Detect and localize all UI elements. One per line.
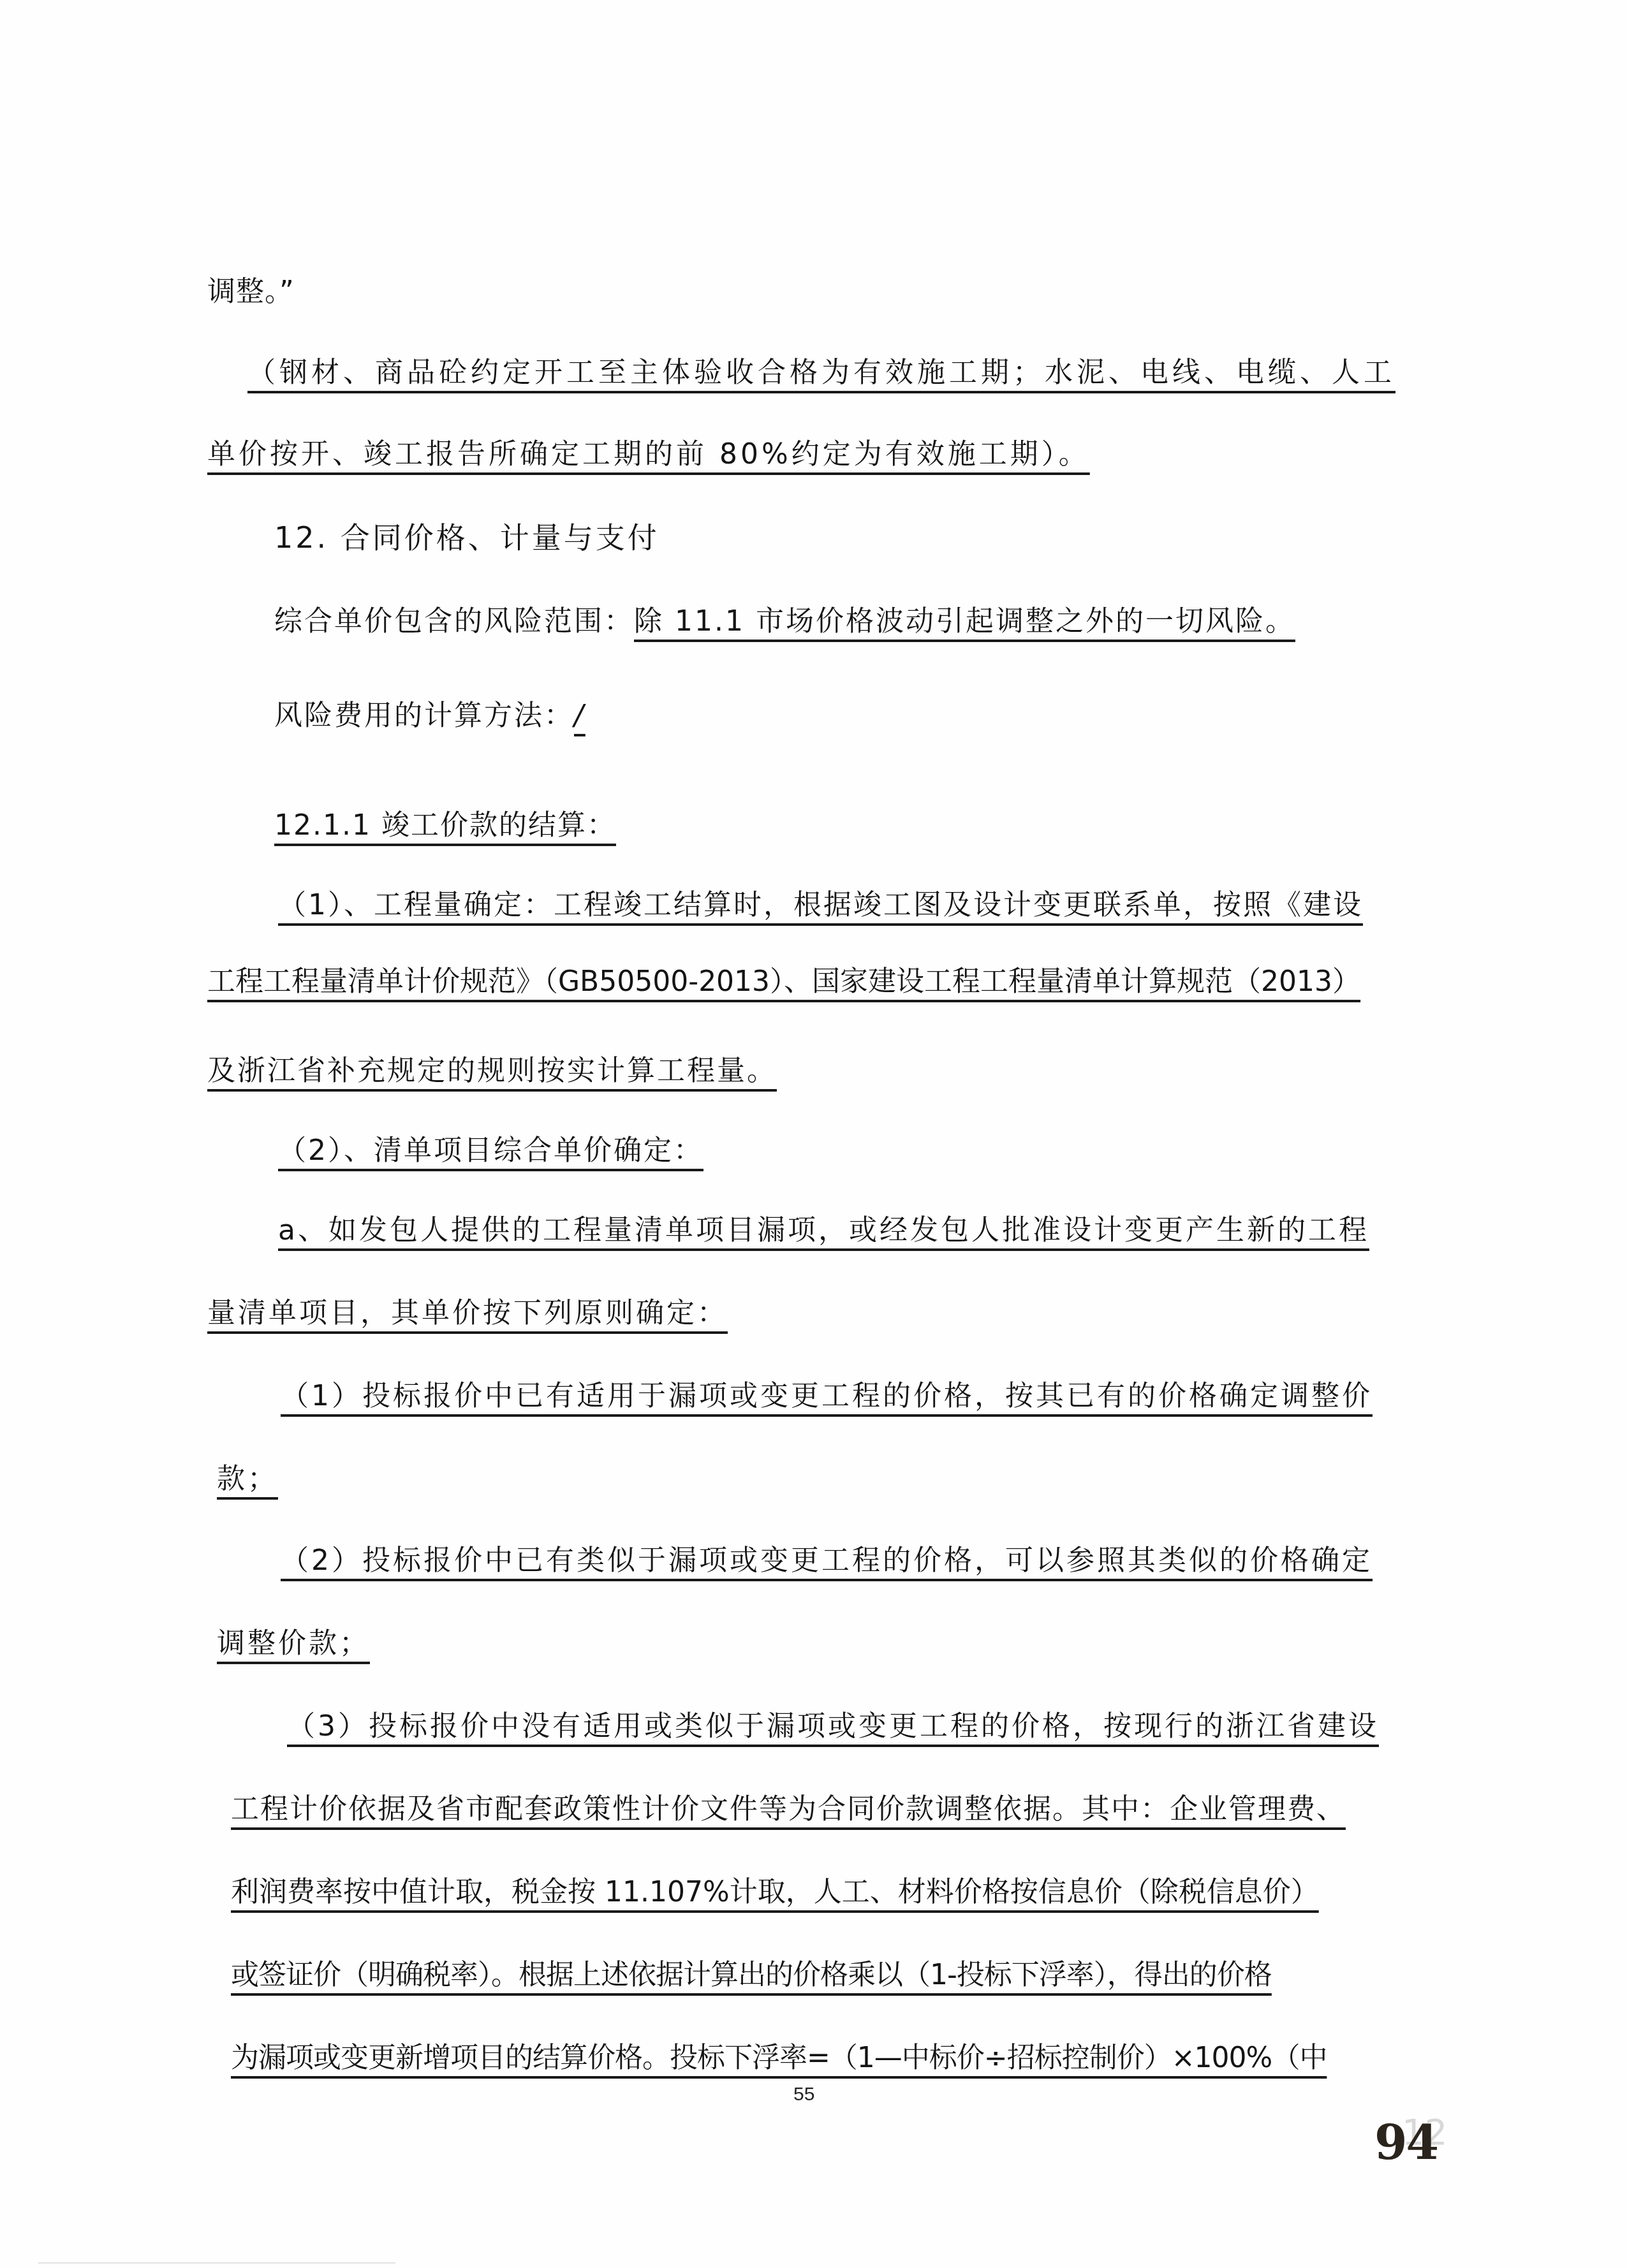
risk-scope-value: 除 11.1 市场价格波动引起调整之外的一切风险。 — [634, 605, 1295, 638]
rule3-line-2: 工程计价依据及省市配套政策性计价文件等为合同价款调整依据。其中：企业管理费、 — [231, 1790, 1346, 1829]
item1-line-2: 工程工程量清单计价规范》（GB50500-2013）、国家建设工程工程量清单计算… — [207, 963, 1360, 1001]
item1-line-1: （1）、工程量确定：工程竣工结算时，根据竣工图及设计变更联系单，按照《建设 — [278, 886, 1363, 925]
text-line-effective-period-2: 单价按开、竣工报告所确定工期的前 80%约定为有效施工期）。 — [207, 435, 1090, 474]
risk-fee-line: 风险费用的计算方法：/ — [274, 697, 585, 735]
scan-edge-line — [38, 2262, 395, 2264]
page-number: 55 — [793, 2084, 814, 2105]
subsection-12-1-1: 12.1.1 竣工价款的结算： — [274, 807, 616, 845]
rule2-line-1: （2）投标报价中已有类似于漏项或变更工程的价格，可以参照其类似的价格确定 — [281, 1542, 1373, 1580]
item1-line-3: 及浙江省补充规定的规则按实计算工程量。 — [207, 1052, 777, 1090]
stamp-page-number: 94 — [1374, 2116, 1438, 2170]
text-line-continuation: 调整。” — [207, 273, 295, 311]
rule2-line-2: 调整价款； — [217, 1625, 370, 1663]
text-line-effective-period-1: （钢材、商品砼约定开工至主体验收合格为有效施工期；水泥、电线、电缆、人工 — [247, 354, 1395, 392]
rule3-line-3: 利润费率按中值计取，税金按 11.107%计取，人工、材料价格按信息价（除税信息… — [231, 1873, 1319, 1912]
risk-fee-label: 风险费用的计算方法： — [274, 699, 574, 732]
rule3-line-1: （3）投标报价中没有适用或类似于漏项或变更工程的价格，按现行的浙江省建设 — [287, 1708, 1379, 1746]
item2-heading: （2）、清单项目综合单价确定： — [278, 1132, 703, 1170]
risk-fee-value: / — [574, 699, 585, 732]
item2a-line-1: a、如发包人提供的工程量清单项目漏项，或经发包人批准设计变更产生新的工程 — [278, 1211, 1369, 1250]
rule3-line-5: 为漏项或变更新增项目的结算价格。投标下浮率=（1—中标价÷招标控制价）×100%… — [231, 2039, 1327, 2077]
rule1-line-2: 款； — [217, 1460, 278, 1498]
document-page: 调整。” （钢材、商品砼约定开工至主体验收合格为有效施工期；水泥、电线、电缆、人… — [0, 0, 1627, 2268]
item2a-line-2: 量清单项目，其单价按下列原则确定： — [207, 1294, 728, 1333]
risk-scope-line: 综合单价包含的风险范围：除 11.1 市场价格波动引起调整之外的一切风险。 — [274, 603, 1295, 641]
section-heading-12: 12. 合同价格、计量与支付 — [274, 518, 659, 557]
rule3-line-4: 或签证价（明确税率）。根据上述依据计算出的价格乘以（1-投标下浮率），得出的价格 — [231, 1956, 1272, 1994]
risk-scope-label: 综合单价包含的风险范围： — [274, 605, 634, 638]
rule1-line-1: （1）投标报价中已有适用于漏项或变更工程的价格，按其已有的价格确定调整价 — [281, 1377, 1373, 1416]
